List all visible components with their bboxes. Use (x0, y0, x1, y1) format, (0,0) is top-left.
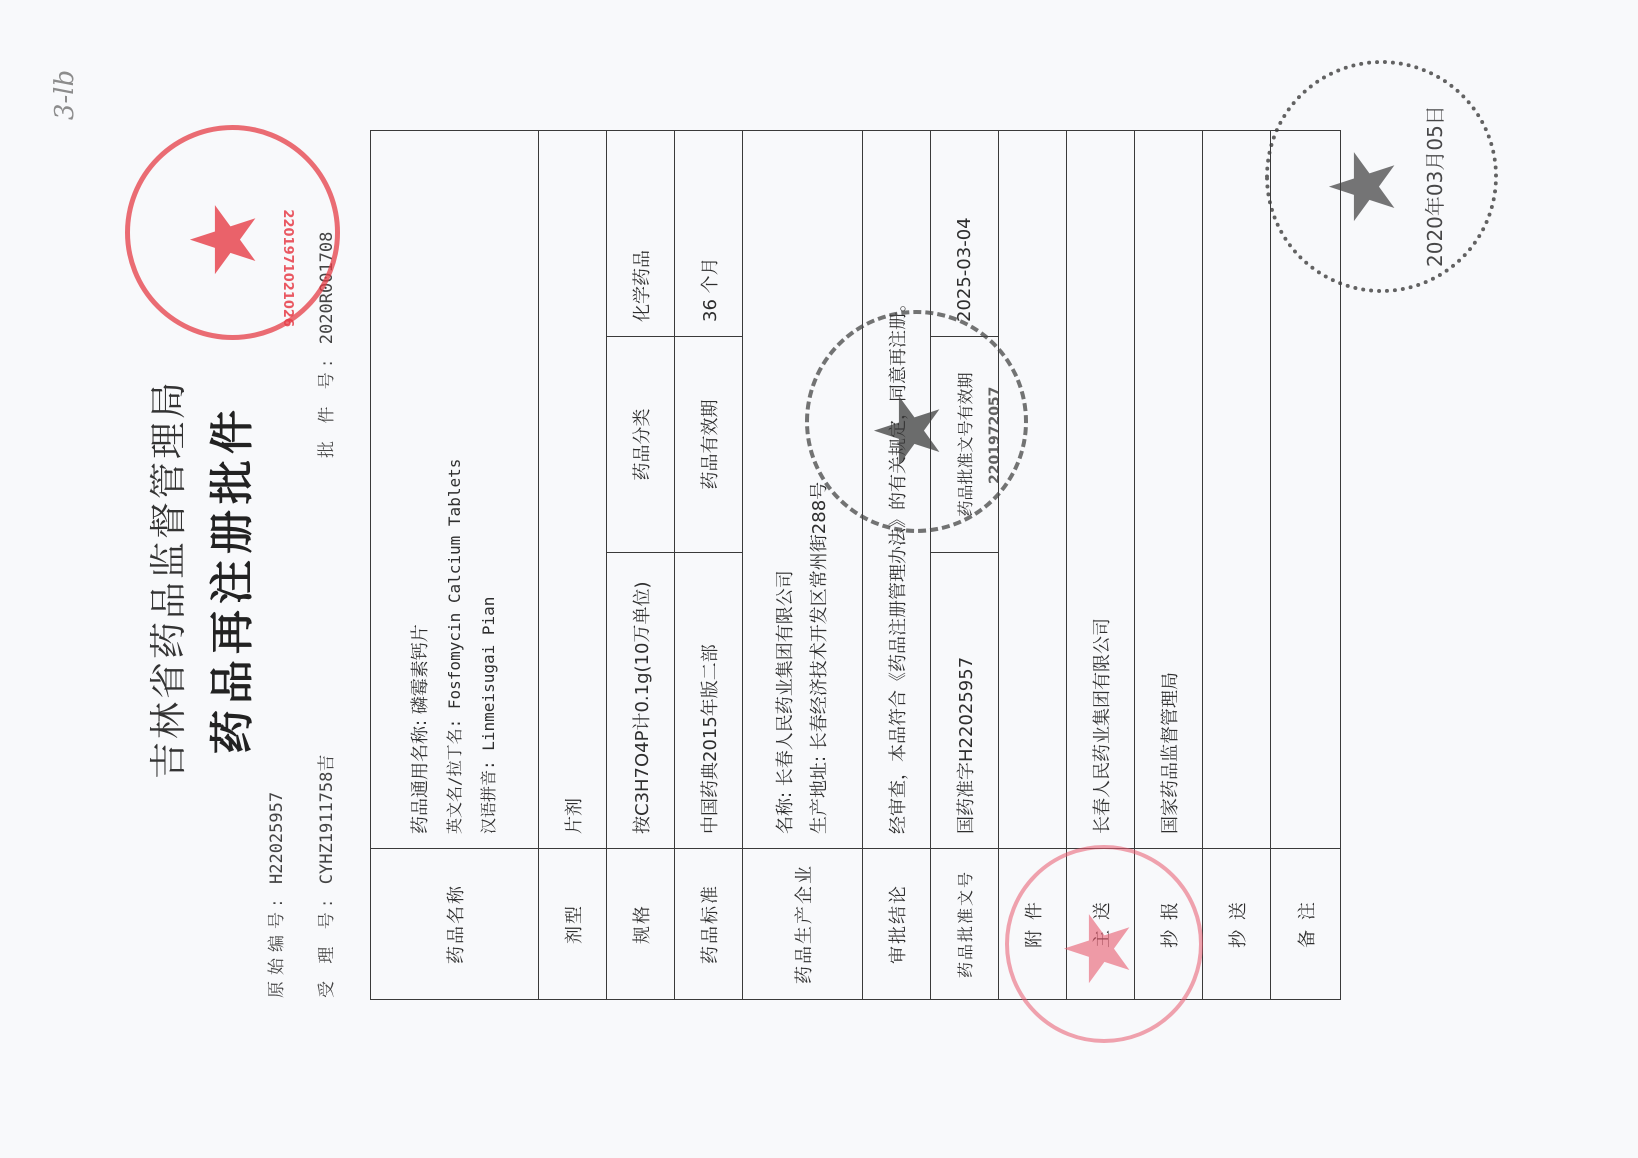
generic-name: 药品通用名称: 磷霉素钙片 (404, 145, 438, 834)
agency-seal-date: 2020年03月05日 (1419, 105, 1448, 267)
label-drug-category: 药品分类 (607, 337, 675, 553)
manufacturer-address: 生产地址: 长春经济技术开发区常州街288号 (803, 145, 837, 834)
value-approval-doc-validity: 2025-03-04 (931, 131, 999, 337)
label-standard: 药品标准 (675, 849, 743, 1000)
label-attachment: 附 件 (999, 849, 1067, 1000)
label-approval-doc-validity: 药品批准文号有效期 (931, 337, 999, 553)
value-validity: 36 个月 (675, 131, 743, 337)
value-approval-doc: 国药准字H22025957 (931, 553, 999, 849)
table-row-main-recipient: 主 送 长春人民药业集团有限公司 (1067, 131, 1135, 1000)
approval-number-label: 批 件 号: (317, 354, 337, 458)
original-number-value: H22025957 (267, 792, 287, 884)
value-drug-category: 化学药品 (607, 131, 675, 337)
table-row-standard: 药品标准 中国药典2015年版二部 药品有效期 36 个月 (675, 131, 743, 1000)
original-number-label: 原始编号: (267, 894, 287, 998)
value-main-recipient: 长春人民药业集团有限公司 (1067, 131, 1135, 849)
manufacturer-name: 名称: 长春人民药业集团有限公司 (769, 145, 803, 834)
table-row-conclusion: 审批结论 经审查，本品符合《药品注册管理办法》的有关规定，同意再注册。 (863, 131, 931, 1000)
label-drug-name: 药品名称 (371, 849, 539, 1000)
original-number: 原始编号: H22025957 (262, 792, 287, 998)
table-row-attachment: 附 件 (999, 131, 1067, 1000)
table-row-drug-name: 药品名称 药品通用名称: 磷霉素钙片 英文名/拉丁名: Fosfomycin C… (371, 131, 539, 1000)
value-specification: 按C3H7O4P计0.1g(10万单位) (607, 553, 675, 849)
value-conclusion: 经审查，本品符合《药品注册管理办法》的有关规定，同意再注册。 (863, 131, 931, 849)
pinyin-name: 汉语拼音: Linmeisugai Pian (472, 145, 506, 834)
label-remarks: 备 注 (1271, 849, 1341, 1000)
label-specification: 规格 (607, 849, 675, 1000)
document-title: 药品再注册批件 (196, 0, 260, 1158)
label-copy-to: 抄 送 (1203, 849, 1271, 1000)
value-report-to: 国家药品监督管理局 (1135, 131, 1203, 849)
table-row-specification: 规格 按C3H7O4P计0.1g(10万单位) 药品分类 化学药品 (607, 131, 675, 1000)
value-drug-name: 药品通用名称: 磷霉素钙片 英文名/拉丁名: Fosfomycin Calciu… (371, 131, 539, 849)
label-approval-doc: 药品批准文号 (931, 849, 999, 1000)
company-red-seal-code: 2201971021026 (280, 209, 295, 327)
document-sheet: 吉林省药品监督管理局 药品再注册批件 原始编号: H22025957 受 理 号… (0, 0, 1638, 1158)
value-standard: 中国药典2015年版二部 (675, 553, 743, 849)
label-manufacturer: 药品生产企业 (743, 849, 863, 1000)
acceptance-number-label: 受 理 号: (317, 894, 337, 998)
label-main-recipient: 主 送 (1067, 849, 1135, 1000)
table-row-copy-to: 抄 送 (1203, 131, 1271, 1000)
english-latin-name: 英文名/拉丁名: Fosfomycin Calcium Tablets (438, 145, 472, 834)
value-manufacturer: 名称: 长春人民药业集团有限公司 生产地址: 长春经济技术开发区常州街288号 (743, 131, 863, 849)
acceptance-number: 受 理 号: CYHZ1911758吉 (312, 755, 337, 998)
registration-table: 药品名称 药品通用名称: 磷霉素钙片 英文名/拉丁名: Fosfomycin C… (370, 130, 1341, 1000)
value-dosage-form: 片剂 (539, 131, 607, 849)
value-attachment (999, 131, 1067, 849)
table-row-approval-doc: 药品批准文号 国药准字H22025957 药品批准文号有效期 2025-03-0… (931, 131, 999, 1000)
approval-number: 批 件 号: 2020R001708 (312, 232, 337, 458)
acceptance-number-value: CYHZ1911758吉 (317, 755, 337, 885)
scanned-document: 3-lb 吉林省药品监督管理局 药品再注册批件 原始编号: H22025957 … (0, 0, 1638, 1158)
label-conclusion: 审批结论 (863, 849, 931, 1000)
value-remarks (1271, 131, 1341, 849)
table-row-report-to: 抄 报 国家药品监督管理局 (1135, 131, 1203, 1000)
approval-number-value: 2020R001708 (317, 232, 337, 345)
table-row-manufacturer: 药品生产企业 名称: 长春人民药业集团有限公司 生产地址: 长春经济技术开发区常… (743, 131, 863, 1000)
label-validity: 药品有效期 (675, 337, 743, 553)
table-row-dosage-form: 剂型 片剂 (539, 131, 607, 1000)
label-report-to: 抄 报 (1135, 849, 1203, 1000)
label-dosage-form: 剂型 (539, 849, 607, 1000)
value-copy-to (1203, 131, 1271, 849)
agency-name: 吉林省药品监督管理局 (138, 0, 192, 1158)
table-row-remarks: 备 注 (1271, 131, 1341, 1000)
